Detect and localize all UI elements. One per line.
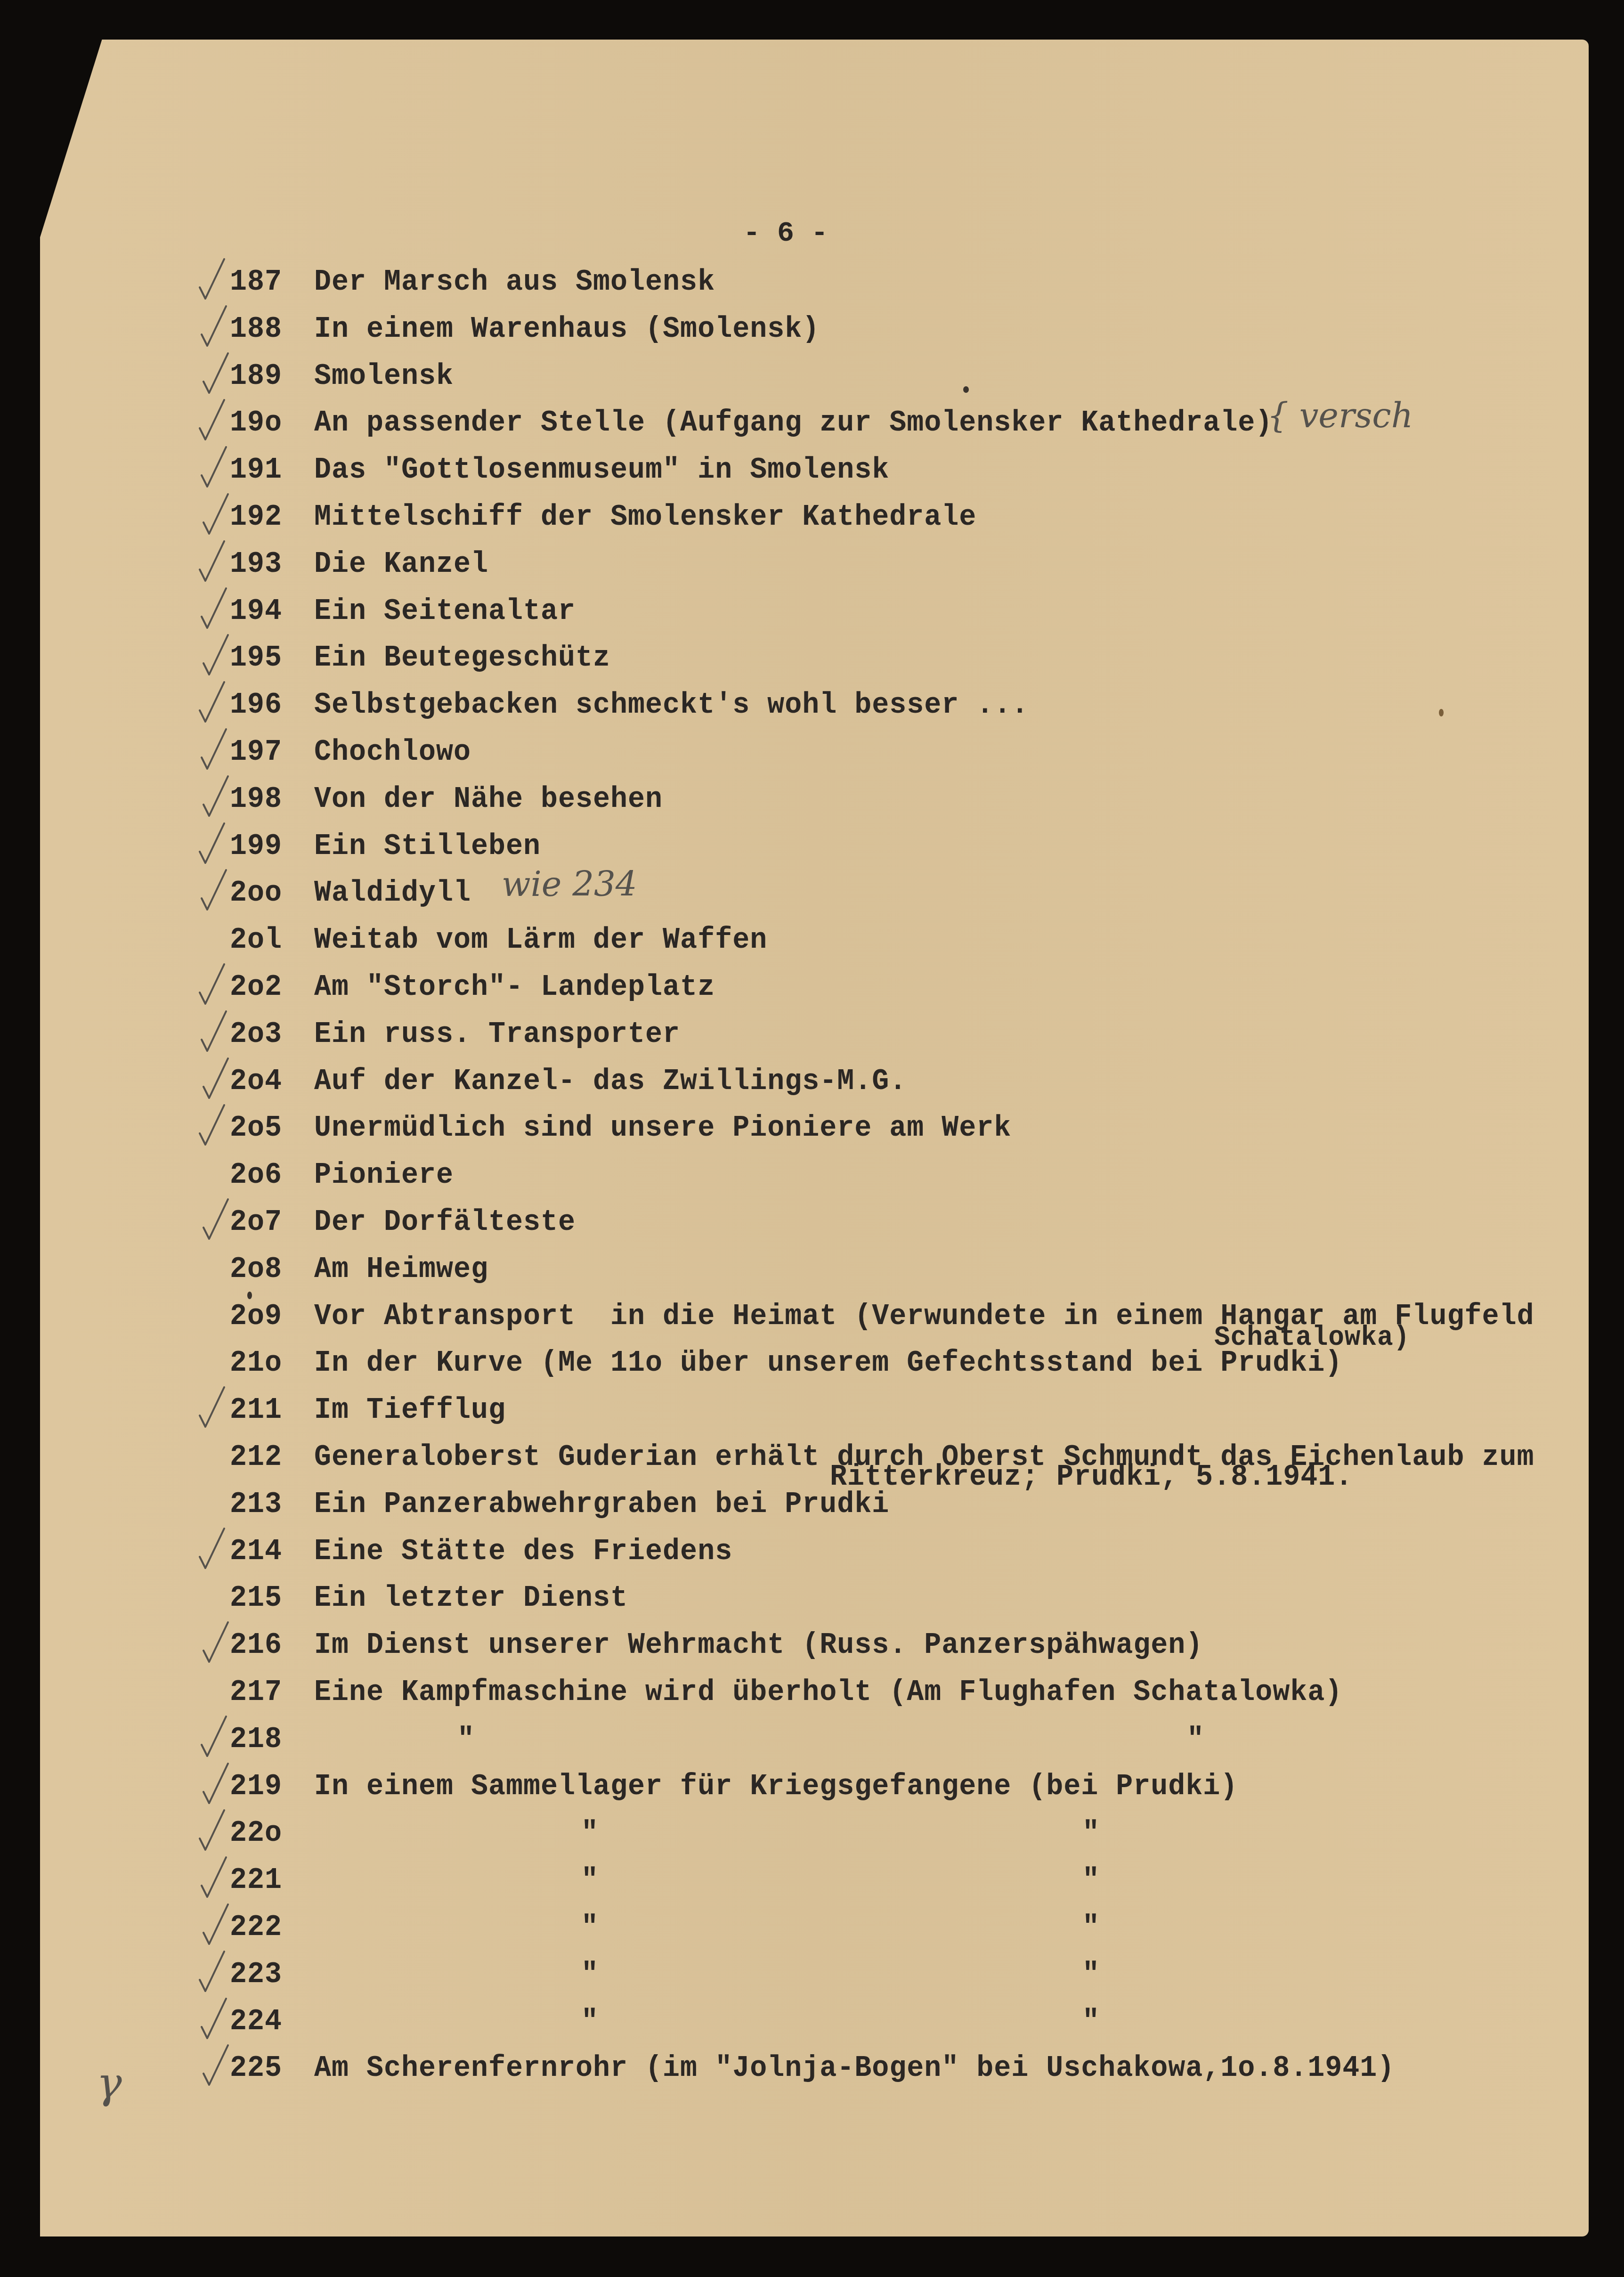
- entry-number: 214: [230, 1537, 282, 1567]
- ditto-mark: ": [1082, 1819, 1100, 1848]
- entry-number: 199: [230, 832, 282, 862]
- ditto-mark: ": [581, 1866, 599, 1895]
- checkmark-icon: [198, 1528, 226, 1570]
- entry-number: 198: [230, 785, 282, 814]
- ditto-mark: ": [1082, 1866, 1100, 1895]
- checkmark-icon: [198, 540, 226, 583]
- ditto-mark: ": [457, 1725, 475, 1755]
- list-item: 2o4Auf der Kanzel- das Zwillings-M.G.: [0, 1067, 1624, 1105]
- entry-number: 191: [230, 455, 282, 485]
- checkmark-icon: [202, 493, 230, 536]
- list-item: 188In einem Warenhaus (Smolensk): [0, 315, 1624, 352]
- list-item: 191Das "Gottlosenmuseum" in Smolensk: [0, 455, 1624, 493]
- entry-number: 221: [230, 1866, 282, 1895]
- checkmark-icon: [200, 1010, 228, 1053]
- entry-number: 2o5: [230, 1114, 282, 1143]
- entry-caption: Mittelschiff der Smolensker Kathedrale: [314, 503, 976, 532]
- checkmark-icon: [200, 1998, 228, 2040]
- checkmark-icon: [202, 1763, 230, 1805]
- entry-caption: Waldidyll: [314, 878, 471, 908]
- handwritten-note-200: wie 234: [502, 864, 637, 904]
- list-item: 2ooWaldidyll: [0, 878, 1624, 916]
- ink-speck: [247, 1292, 252, 1299]
- checkmark-icon: [202, 1621, 230, 1664]
- list-item: 194Ein Seitenaltar: [0, 597, 1624, 634]
- list-item: 193Die Kanzel: [0, 550, 1624, 587]
- checkmark-icon: [200, 587, 228, 630]
- entry-caption: An passender Stelle (Aufgang zur Smolens…: [314, 408, 1273, 438]
- checkmark-icon: [200, 1716, 228, 1758]
- list-item: 2o8Am Heimweg: [0, 1255, 1624, 1293]
- list-item: 199Ein Stilleben: [0, 832, 1624, 870]
- entry-number: 19o: [230, 408, 282, 438]
- entry-number: 21o: [230, 1349, 282, 1378]
- continuation-209: Schatalowka): [1214, 1323, 1410, 1352]
- entry-number: 2o2: [230, 973, 282, 1002]
- list-item: 192Mittelschiff der Smolensker Kathedral…: [0, 503, 1624, 540]
- entry-number: 2o6: [230, 1161, 282, 1190]
- checkmark-icon: [202, 1198, 230, 1241]
- entry-caption: Ein Panzerabwehrgraben bei Prudki: [314, 1490, 889, 1520]
- entry-number: 194: [230, 597, 282, 626]
- entry-caption: Unermüdlich sind unsere Pioniere am Werk: [314, 1114, 1011, 1143]
- checkmark-icon: [198, 1104, 226, 1147]
- entry-number: 197: [230, 738, 282, 767]
- list-item: 187Der Marsch aus Smolensk: [0, 268, 1624, 305]
- list-item: 2o6Pioniere: [0, 1161, 1624, 1198]
- entry-number: 224: [230, 2007, 282, 2037]
- list-item: 218"": [0, 1725, 1624, 1763]
- checkmark-icon: [200, 728, 228, 771]
- entry-number: 218: [230, 1725, 282, 1755]
- ditto-mark: ": [581, 2007, 599, 2037]
- entry-number: 211: [230, 1396, 282, 1425]
- list-item: 22o"": [0, 1819, 1624, 1856]
- entry-number: 192: [230, 503, 282, 532]
- entry-number: 196: [230, 691, 282, 720]
- entry-number: 219: [230, 1772, 282, 1802]
- entry-caption: Ein Stilleben: [314, 832, 541, 862]
- list-item: 213Ein Panzerabwehrgraben bei Prudki: [0, 1490, 1624, 1528]
- entry-caption: Pioniere: [314, 1161, 454, 1190]
- list-item: 224"": [0, 2007, 1624, 2045]
- checkmark-icon: [202, 1057, 230, 1100]
- entry-number: 213: [230, 1490, 282, 1520]
- list-item: 2o3Ein russ. Transporter: [0, 1020, 1624, 1057]
- ditto-mark: ": [581, 1819, 599, 1848]
- entry-caption: Ein Beutegeschütz: [314, 643, 610, 673]
- entry-number: 225: [230, 2054, 282, 2083]
- entry-caption: Die Kanzel: [314, 550, 488, 579]
- checkmark-icon: [198, 399, 226, 441]
- entry-caption: Weitab vom Lärm der Waffen: [314, 926, 767, 955]
- entry-number: 188: [230, 315, 282, 344]
- entry-caption: Selbstgebacken schmeckt's wohl besser ..…: [314, 691, 1029, 720]
- entry-caption: Im Tiefflug: [314, 1396, 506, 1425]
- checkmark-icon: [200, 869, 228, 911]
- list-item: 225Am Scherenfernrohr (im "Jolnja-Bogen"…: [0, 2054, 1624, 2091]
- entry-number: 2o9: [230, 1302, 282, 1332]
- entry-caption: Von der Nähe besehen: [314, 785, 663, 814]
- checkmark-icon: [202, 2044, 230, 2087]
- ditto-mark: ": [1082, 2007, 1100, 2037]
- checkmark-icon: [198, 1951, 226, 1993]
- ditto-mark: ": [581, 1960, 599, 1990]
- list-item: 2o2Am "Storch"- Landeplatz: [0, 973, 1624, 1010]
- checkmark-icon: [200, 1856, 228, 1899]
- entry-caption: In einem Warenhaus (Smolensk): [314, 315, 820, 344]
- entry-number: 217: [230, 1678, 282, 1708]
- checkmark-icon: [198, 681, 226, 724]
- entry-caption: Smolensk: [314, 362, 454, 391]
- checkmark-icon: [198, 822, 226, 865]
- checkmark-icon: [202, 1903, 230, 1946]
- entry-number: 2o4: [230, 1067, 282, 1097]
- checkmark-icon: [200, 305, 228, 348]
- checkmark-icon: [202, 634, 230, 676]
- ditto-mark: ": [1082, 1913, 1100, 1943]
- entry-caption: Ein letzter Dienst: [314, 1584, 628, 1613]
- checkmark-icon: [202, 352, 230, 395]
- entry-number: 2o3: [230, 1020, 282, 1049]
- checkmark-icon: [198, 963, 226, 1006]
- entry-caption: Der Dorfälteste: [314, 1208, 576, 1237]
- entry-number: 223: [230, 1960, 282, 1990]
- handwritten-note-190: { versch: [1267, 396, 1413, 435]
- handwritten-margin-mark-225: γ: [97, 2058, 122, 2108]
- entry-caption: Im Dienst unserer Wehrmacht (Russ. Panze…: [314, 1631, 1203, 1660]
- entry-caption: Ein russ. Transporter: [314, 1020, 680, 1049]
- entry-caption: Auf der Kanzel- das Zwillings-M.G.: [314, 1067, 907, 1097]
- entry-number: 212: [230, 1443, 282, 1472]
- list-item: 2o5Unermüdlich sind unsere Pioniere am W…: [0, 1114, 1624, 1151]
- ditto-mark: ": [1187, 1725, 1204, 1755]
- ink-speck: [1439, 709, 1444, 716]
- entry-caption: Am Scherenfernrohr (im "Jolnja-Bogen" be…: [314, 2054, 1395, 2083]
- entry-caption: Am "Storch"- Landeplatz: [314, 973, 715, 1002]
- entry-number: 2oo: [230, 878, 282, 908]
- checkmark-icon: [198, 1386, 226, 1429]
- list-item: 222"": [0, 1913, 1624, 1951]
- continuation-212: Ritterkreuz; Prudki, 5.8.1941.: [830, 1463, 1353, 1492]
- entry-number: 216: [230, 1631, 282, 1660]
- entry-caption: Chochlowo: [314, 738, 471, 767]
- list-item: 223"": [0, 1960, 1624, 1998]
- entry-number: 187: [230, 268, 282, 297]
- list-item: 196Selbstgebacken schmeckt's wohl besser…: [0, 691, 1624, 728]
- list-item: 211Im Tiefflug: [0, 1396, 1624, 1433]
- list-item: 212Generaloberst Guderian erhält durch O…: [0, 1443, 1624, 1480]
- list-item: 214Eine Stätte des Friedens: [0, 1537, 1624, 1575]
- list-item: 198Von der Nähe besehen: [0, 785, 1624, 822]
- entry-number: 193: [230, 550, 282, 579]
- page-number: - 6 -: [743, 218, 828, 250]
- entry-number: 215: [230, 1584, 282, 1613]
- entry-number: 2o7: [230, 1208, 282, 1237]
- entry-caption: Das "Gottlosenmuseum" in Smolensk: [314, 455, 889, 485]
- list-item: 197Chochlowo: [0, 738, 1624, 775]
- entry-caption: Am Heimweg: [314, 1255, 488, 1285]
- entry-number: 2o8: [230, 1255, 282, 1285]
- list-item: 215Ein letzter Dienst: [0, 1584, 1624, 1621]
- entry-number: 189: [230, 362, 282, 391]
- entry-caption: Der Marsch aus Smolensk: [314, 268, 715, 297]
- list-item: 189Smolensk: [0, 362, 1624, 399]
- ink-speck: [963, 386, 969, 393]
- checkmark-icon: [198, 258, 226, 301]
- checkmark-icon: [202, 775, 230, 818]
- list-item: 219In einem Sammellager für Kriegsgefang…: [0, 1772, 1624, 1810]
- checkmark-icon: [198, 1809, 226, 1852]
- entry-caption: Eine Kampfmaschine wird überholt (Am Flu…: [314, 1678, 1342, 1708]
- entry-caption: Ein Seitenaltar: [314, 597, 576, 626]
- list-item: 21oIn der Kurve (Me 11o über unserem Gef…: [0, 1349, 1624, 1386]
- entry-number: 22o: [230, 1819, 282, 1848]
- checkmark-icon: [200, 446, 228, 488]
- entry-number: 2ol: [230, 926, 282, 955]
- entry-number: 222: [230, 1913, 282, 1943]
- entry-caption: In einem Sammellager für Kriegsgefangene…: [314, 1772, 1238, 1802]
- list-item: 216Im Dienst unserer Wehrmacht (Russ. Pa…: [0, 1631, 1624, 1668]
- list-item: 217Eine Kampfmaschine wird überholt (Am …: [0, 1678, 1624, 1716]
- list-item: 195Ein Beutegeschütz: [0, 643, 1624, 681]
- entry-caption: Eine Stätte des Friedens: [314, 1537, 732, 1567]
- list-item: 2olWeitab vom Lärm der Waffen: [0, 926, 1624, 963]
- ditto-mark: ": [581, 1913, 599, 1943]
- list-item: 2o7Der Dorfälteste: [0, 1208, 1624, 1245]
- list-item: 221"": [0, 1866, 1624, 1903]
- entry-caption: In der Kurve (Me 11o über unserem Gefech…: [314, 1349, 1342, 1378]
- entry-number: 195: [230, 643, 282, 673]
- ditto-mark: ": [1082, 1960, 1100, 1990]
